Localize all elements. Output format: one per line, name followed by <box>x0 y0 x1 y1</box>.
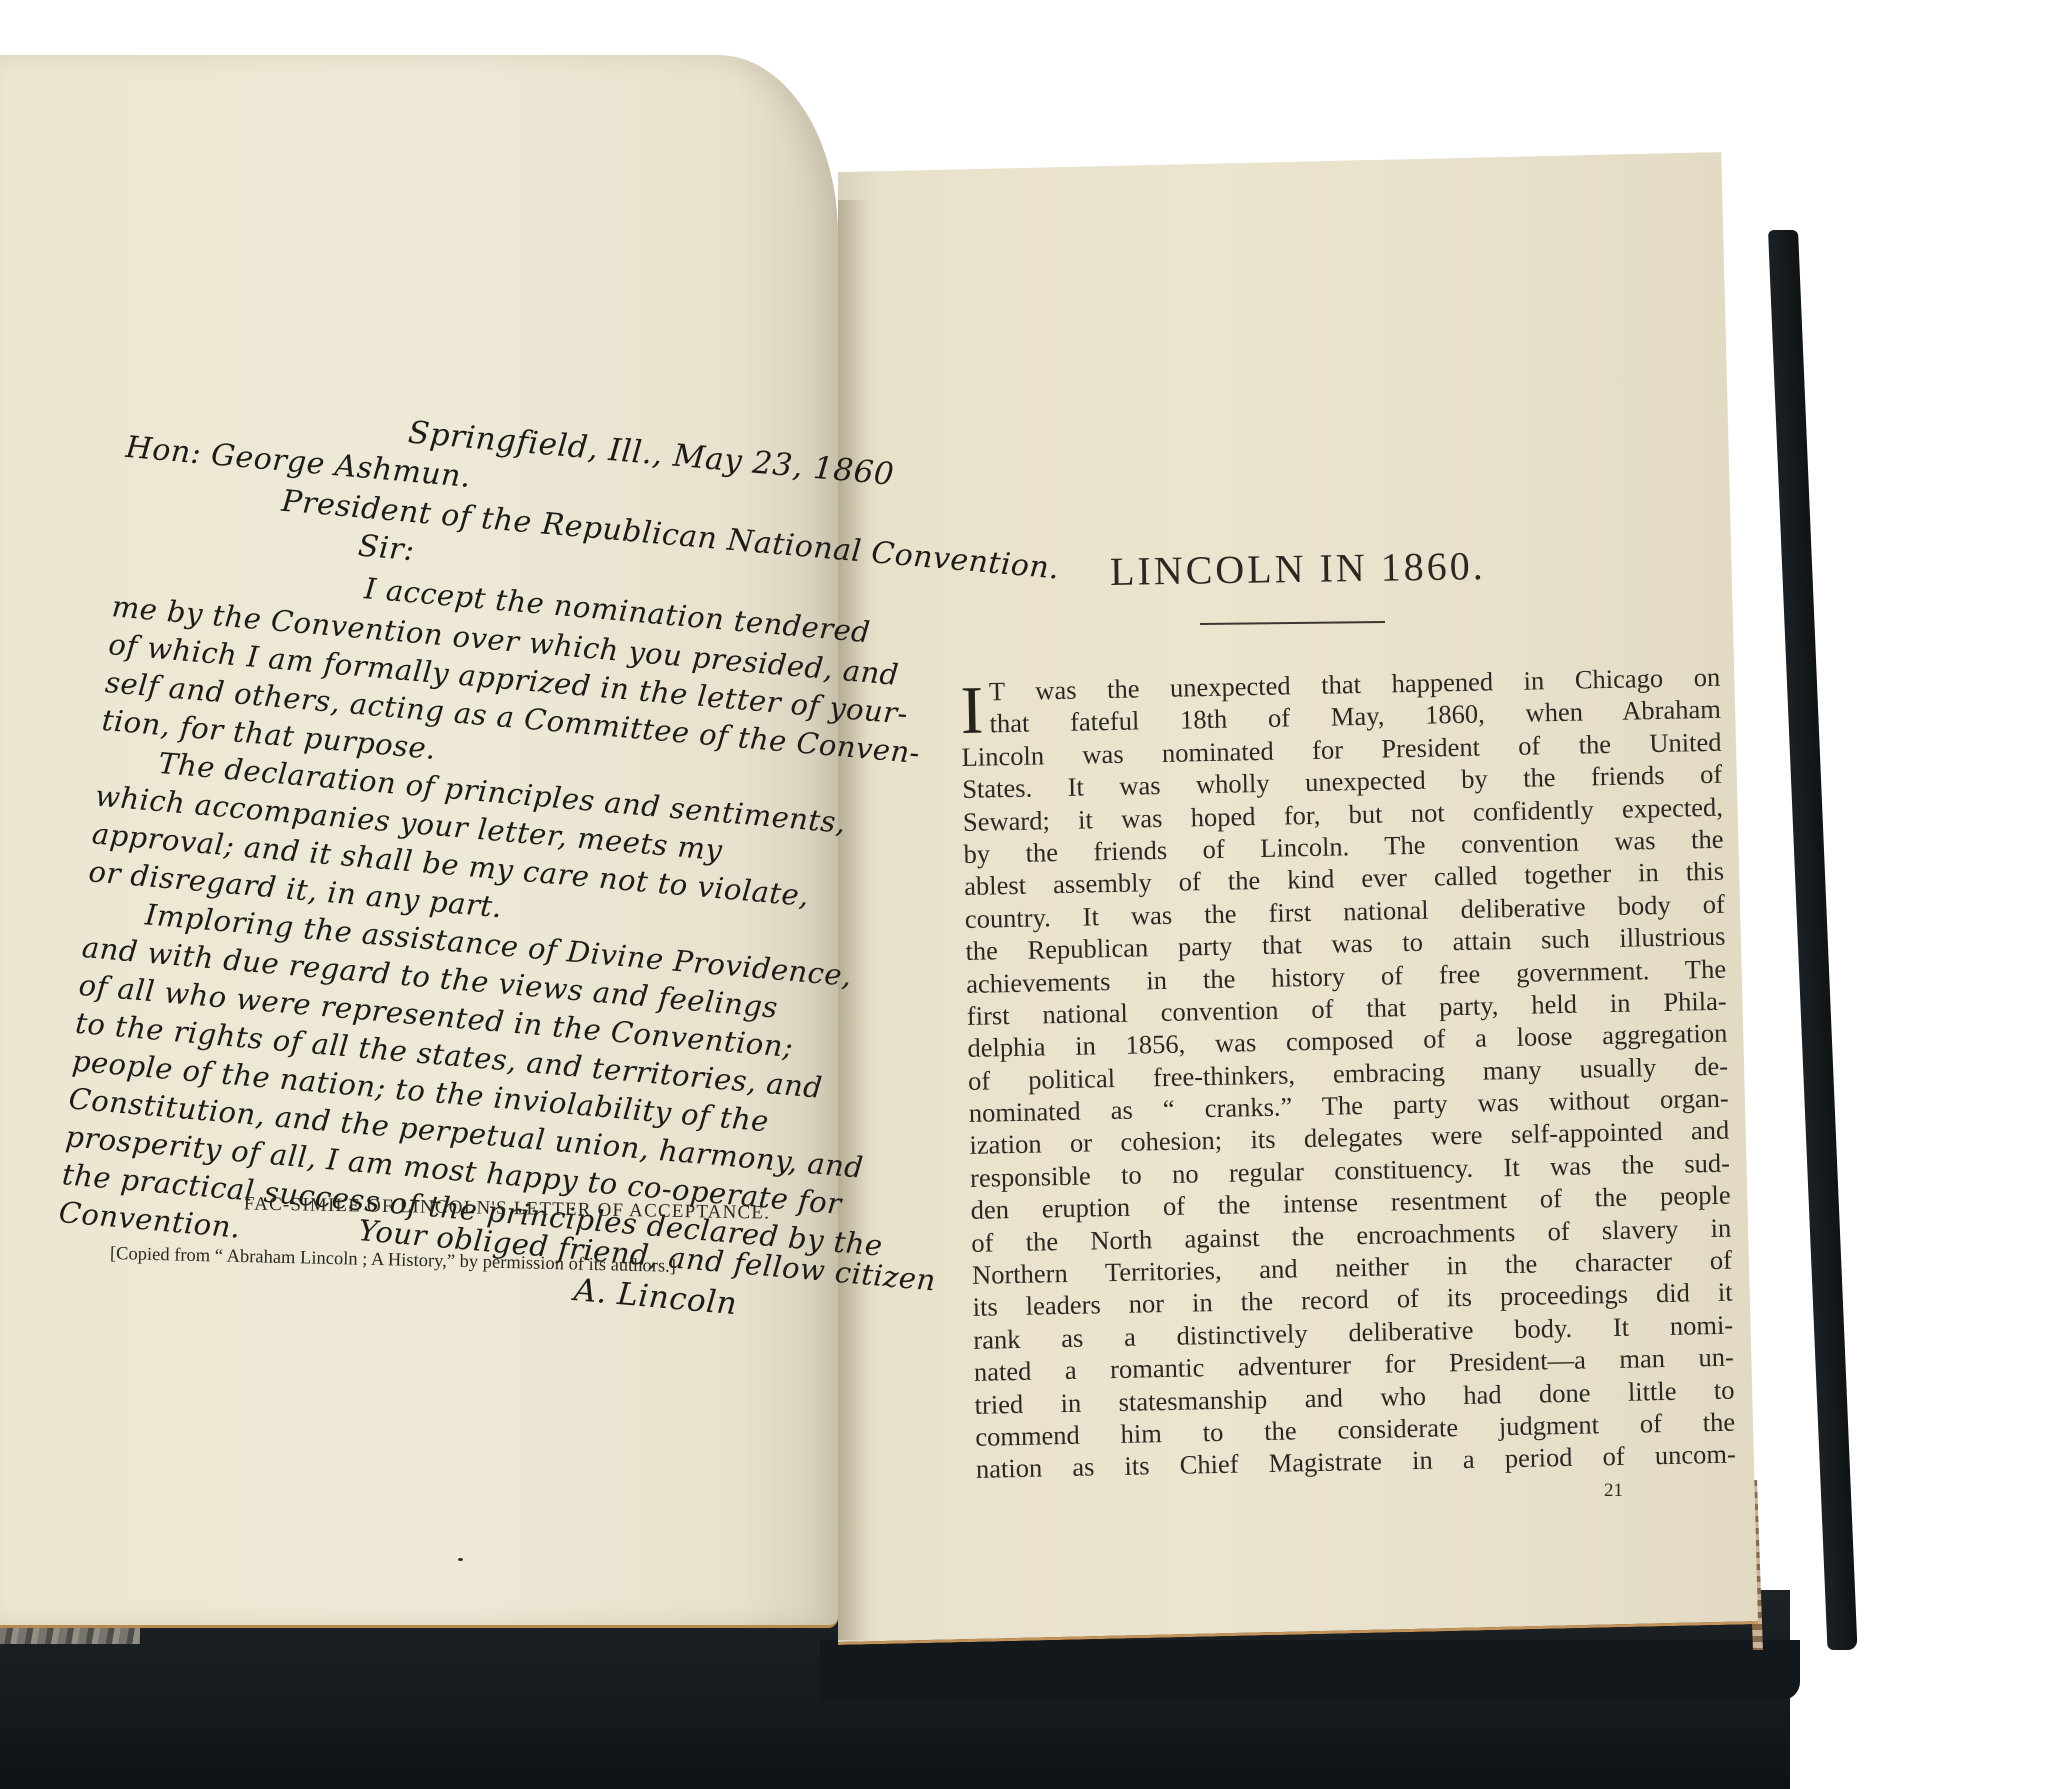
letter-salutation: Sir: <box>357 529 416 569</box>
book-cover-right-edge <box>1768 230 1858 1650</box>
chapter-body-text: I T was the unexpected that happened in … <box>960 661 1736 1486</box>
gutter-shadow <box>838 200 868 1640</box>
book-cover-corner <box>820 1640 1800 1700</box>
chapter-title: LINCOLN IN 1860. <box>1110 542 1486 595</box>
paper-speck <box>458 1558 463 1561</box>
drop-cap: I <box>960 682 984 738</box>
page-number: 21 <box>1604 1480 1623 1502</box>
